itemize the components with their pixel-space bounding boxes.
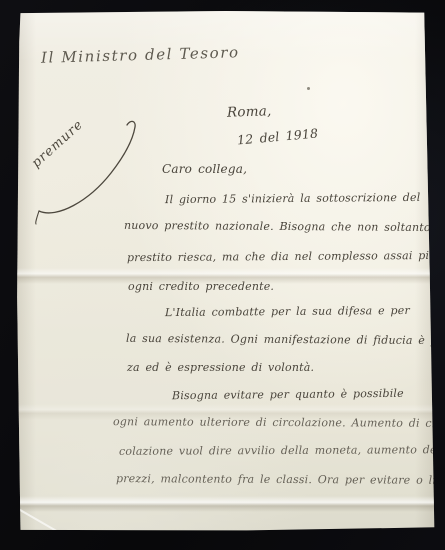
letter-line: L'Italia combatte per la sua difesa e pe… xyxy=(165,304,410,319)
letter-line: za ed è espressione di volontà. xyxy=(127,361,314,374)
ink-speck xyxy=(307,87,310,90)
letter-paper: Il Ministro del Tesoro premure Roma, 12 … xyxy=(15,10,436,532)
letter-line: la sua esistenza. Ogni manifestazione di… xyxy=(126,332,445,347)
letter-line: Il giorno 15 s'inizierà la sottoscrizion… xyxy=(165,191,421,206)
letter-line: Bisogna evitare per quanto è possibile xyxy=(172,387,404,402)
letter-place: Roma, xyxy=(227,103,272,121)
letter-line: colazione vuol dire avvilio della moneta… xyxy=(119,443,441,458)
letter-line: ogni aumento ulteriore di circolazione. … xyxy=(113,415,445,430)
photo-backdrop: Il Ministro del Tesoro premure Roma, 12 … xyxy=(0,0,445,550)
letter-line: ogni credito precedente. xyxy=(128,280,274,293)
fold-crease-lower xyxy=(15,496,436,512)
letterhead-title: Il Ministro del Tesoro xyxy=(41,43,240,67)
letter-date: 12 del 1918 xyxy=(237,125,319,147)
letter-salutation: Caro collega, xyxy=(162,162,247,176)
letter-line: prestito riesca, ma che dia nel compless… xyxy=(127,249,445,264)
annotation-flourish xyxy=(27,105,152,225)
letter-line: nuovo prestito nazionale. Bisogna che no… xyxy=(124,219,444,234)
letter-line: prezzi, malcontento fra le classi. Ora p… xyxy=(116,472,445,487)
